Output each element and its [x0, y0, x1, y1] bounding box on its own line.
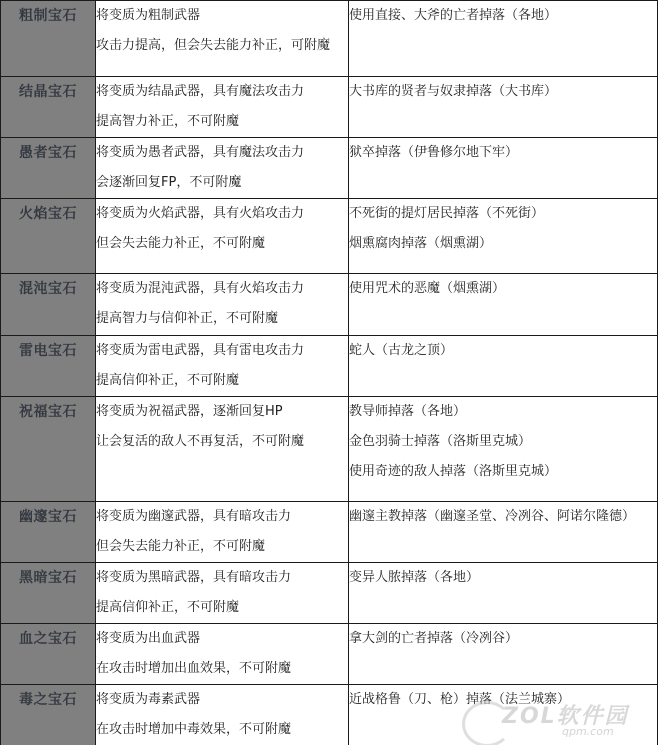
gem-effect-cell: 将变质为混沌武器，具有火焰攻击力提高智力与信仰补正，不可附魔	[96, 274, 349, 336]
gem-source-cell: 不死街的提灯居民掉落（不死街）烟熏腐肉掉落（烟熏湖）	[349, 199, 658, 274]
gem-effect-line: 将变质为愚者武器，具有魔法攻击力	[96, 138, 348, 168]
gem-effect-line: 会逐渐回复FP，不可附魔	[96, 168, 348, 198]
table-row: 幽邃宝石将变质为幽邃武器，具有暗攻击力但会失去能力补正，不可附魔幽邃主教掉落（幽…	[1, 502, 658, 563]
gem-source-cell: 变异人脓掉落（各地）	[349, 563, 658, 624]
gem-source-cell: 使用咒术的恶魔（烟熏湖）	[349, 274, 658, 336]
gem-name-cell: 雷电宝石	[1, 336, 96, 397]
gem-source-line: 烟熏腐肉掉落（烟熏湖）	[349, 229, 657, 259]
gem-source-line: 近战格鲁（刀、枪）掉落（法兰城寨）	[349, 685, 657, 715]
table-row: 结晶宝石将变质为结晶武器，具有魔法攻击力提高智力补正，不可附魔大书库的贤者与奴隶…	[1, 77, 658, 138]
gem-source-cell: 幽邃主教掉落（幽邃圣堂、冷冽谷、阿诺尔隆德）	[349, 502, 658, 563]
gem-name: 雷电宝石	[1, 336, 95, 366]
gem-source-line: 使用咒术的恶魔（烟熏湖）	[349, 274, 657, 304]
gem-effect-line: 将变质为结晶武器，具有魔法攻击力	[96, 77, 348, 107]
gem-effect-line: 将变质为祝福武器，逐渐回复HP	[96, 397, 348, 427]
gem-effect-line: 将变质为毒素武器	[96, 685, 348, 715]
gem-effect-cell: 将变质为幽邃武器，具有暗攻击力但会失去能力补正，不可附魔	[96, 502, 349, 563]
gem-effect-line: 将变质为粗制武器	[96, 1, 348, 31]
table-row: 毒之宝石将变质为毒素武器在攻击时增加中毒效果，不可附魔近战格鲁（刀、枪）掉落（法…	[1, 685, 658, 745]
gem-name-cell: 火焰宝石	[1, 199, 96, 274]
gem-name-cell: 血之宝石	[1, 624, 96, 685]
gem-effect-line: 将变质为雷电武器，具有雷电攻击力	[96, 336, 348, 366]
gem-effect-line: 但会失去能力补正，不可附魔	[96, 532, 348, 562]
gem-source-line: 狱卒掉落（伊鲁修尔地下牢）	[349, 138, 657, 168]
table-row: 黑暗宝石将变质为黑暗武器，具有暗攻击力提高信仰补正，不可附魔变异人脓掉落（各地）	[1, 563, 658, 624]
gem-effect-line: 提高智力与信仰补正，不可附魔	[96, 304, 348, 334]
table-row: 愚者宝石将变质为愚者武器，具有魔法攻击力会逐渐回复FP，不可附魔狱卒掉落（伊鲁修…	[1, 138, 658, 199]
gem-source-line: 教导师掉落（各地）	[349, 397, 657, 427]
table-row: 雷电宝石将变质为雷电武器，具有雷电攻击力提高信仰补正，不可附魔蛇人（古龙之顶）	[1, 336, 658, 397]
gem-name: 混沌宝石	[1, 274, 95, 304]
gem-effect-line: 将变质为火焰武器，具有火焰攻击力	[96, 199, 348, 229]
gem-effect-line: 将变质为幽邃武器，具有暗攻击力	[96, 502, 348, 532]
gem-effect-cell: 将变质为结晶武器，具有魔法攻击力提高智力补正，不可附魔	[96, 77, 349, 138]
gem-name-cell: 混沌宝石	[1, 274, 96, 336]
gem-source-cell: 大书库的贤者与奴隶掉落（大书库）	[349, 77, 658, 138]
gem-source-cell: 教导师掉落（各地）金色羽骑士掉落（洛斯里克城）使用奇迹的敌人掉落（洛斯里克城）	[349, 397, 658, 502]
gem-source-line: 拿大剑的亡者掉落（冷冽谷）	[349, 624, 657, 654]
gem-source-line: 金色羽骑士掉落（洛斯里克城）	[349, 427, 657, 457]
gem-effect-line: 提高信仰补正，不可附魔	[96, 593, 348, 623]
table-row: 粗制宝石将变质为粗制武器攻击力提高，但会失去能力补正，可附魔使用直接、大斧的亡者…	[1, 1, 658, 77]
gem-effect-line: 将变质为混沌武器，具有火焰攻击力	[96, 274, 348, 304]
gem-source-line: 幽邃主教掉落（幽邃圣堂、冷冽谷、阿诺尔隆德）	[349, 502, 657, 532]
gem-name-cell: 幽邃宝石	[1, 502, 96, 563]
gem-source-line: 不死街的提灯居民掉落（不死街）	[349, 199, 657, 229]
gem-name: 毒之宝石	[1, 685, 95, 715]
gem-name: 结晶宝石	[1, 77, 95, 107]
gem-name: 幽邃宝石	[1, 502, 95, 532]
gem-name-cell: 粗制宝石	[1, 1, 96, 77]
gem-name: 粗制宝石	[1, 1, 95, 31]
gem-name-cell: 祝福宝石	[1, 397, 96, 502]
gem-source-cell: 近战格鲁（刀、枪）掉落（法兰城寨）	[349, 685, 658, 745]
gem-effect-line: 攻击力提高，但会失去能力补正，可附魔	[96, 31, 348, 61]
gem-source-line: 变异人脓掉落（各地）	[349, 563, 657, 593]
gem-table-body: 粗制宝石将变质为粗制武器攻击力提高，但会失去能力补正，可附魔使用直接、大斧的亡者…	[1, 1, 658, 745]
gem-effect-cell: 将变质为毒素武器在攻击时增加中毒效果，不可附魔	[96, 685, 349, 745]
gem-effect-line: 但会失去能力补正，不可附魔	[96, 229, 348, 259]
gem-source-line: 蛇人（古龙之顶）	[349, 336, 657, 366]
gem-source-line: 大书库的贤者与奴隶掉落（大书库）	[349, 77, 657, 107]
gem-effect-cell: 将变质为祝福武器，逐渐回复HP让会复活的敌人不再复活，不可附魔	[96, 397, 349, 502]
gem-effect-line: 让会复活的敌人不再复活，不可附魔	[96, 427, 348, 457]
gem-source-cell: 拿大剑的亡者掉落（冷冽谷）	[349, 624, 658, 685]
gem-name: 祝福宝石	[1, 397, 95, 427]
gem-name: 黑暗宝石	[1, 563, 95, 593]
gem-source-cell: 狱卒掉落（伊鲁修尔地下牢）	[349, 138, 658, 199]
gem-effect-line: 提高智力补正，不可附魔	[96, 107, 348, 137]
gem-name-cell: 愚者宝石	[1, 138, 96, 199]
gem-effect-cell: 将变质为黑暗武器，具有暗攻击力提高信仰补正，不可附魔	[96, 563, 349, 624]
gem-name-cell: 结晶宝石	[1, 77, 96, 138]
gem-name-cell: 黑暗宝石	[1, 563, 96, 624]
gem-effect-line: 提高信仰补正，不可附魔	[96, 366, 348, 396]
gem-table: 粗制宝石将变质为粗制武器攻击力提高，但会失去能力补正，可附魔使用直接、大斧的亡者…	[0, 0, 658, 745]
gem-source-line: 使用直接、大斧的亡者掉落（各地）	[349, 1, 657, 31]
gem-effect-cell: 将变质为愚者武器，具有魔法攻击力会逐渐回复FP，不可附魔	[96, 138, 349, 199]
gem-name: 愚者宝石	[1, 138, 95, 168]
gem-effect-line: 在攻击时增加中毒效果，不可附魔	[96, 715, 348, 745]
gem-effect-line: 将变质为出血武器	[96, 624, 348, 654]
gem-name: 血之宝石	[1, 624, 95, 654]
table-row: 祝福宝石将变质为祝福武器，逐渐回复HP让会复活的敌人不再复活，不可附魔教导师掉落…	[1, 397, 658, 502]
table-row: 混沌宝石将变质为混沌武器，具有火焰攻击力提高智力与信仰补正，不可附魔使用咒术的恶…	[1, 274, 658, 336]
gem-effect-line: 在攻击时增加出血效果，不可附魔	[96, 654, 348, 684]
gem-effect-cell: 将变质为火焰武器，具有火焰攻击力但会失去能力补正，不可附魔	[96, 199, 349, 274]
table-row: 血之宝石将变质为出血武器在攻击时增加出血效果，不可附魔拿大剑的亡者掉落（冷冽谷）	[1, 624, 658, 685]
gem-source-cell: 使用直接、大斧的亡者掉落（各地）	[349, 1, 658, 77]
gem-name: 火焰宝石	[1, 199, 95, 229]
gem-effect-cell: 将变质为出血武器在攻击时增加出血效果，不可附魔	[96, 624, 349, 685]
gem-source-cell: 蛇人（古龙之顶）	[349, 336, 658, 397]
gem-effect-cell: 将变质为雷电武器，具有雷电攻击力提高信仰补正，不可附魔	[96, 336, 349, 397]
gem-source-line: 使用奇迹的敌人掉落（洛斯里克城）	[349, 457, 657, 487]
gem-effect-cell: 将变质为粗制武器攻击力提高，但会失去能力补正，可附魔	[96, 1, 349, 77]
table-row: 火焰宝石将变质为火焰武器，具有火焰攻击力但会失去能力补正，不可附魔不死街的提灯居…	[1, 199, 658, 274]
gem-name-cell: 毒之宝石	[1, 685, 96, 745]
gem-effect-line: 将变质为黑暗武器，具有暗攻击力	[96, 563, 348, 593]
